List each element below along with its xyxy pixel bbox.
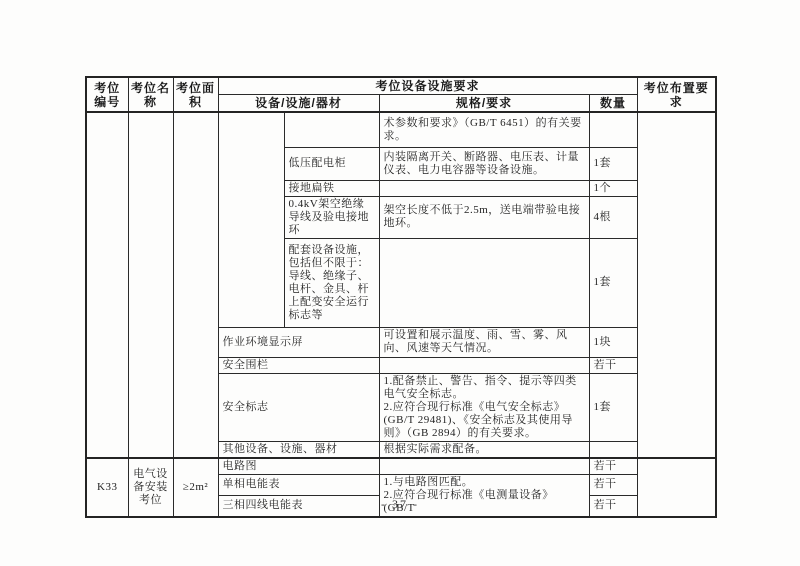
header-equipment-group: 考位设备设施要求 bbox=[218, 77, 637, 94]
cell-qty bbox=[589, 441, 637, 458]
header-col-layout: 考位布置要求 bbox=[637, 77, 716, 112]
document-page: 考位编号 考位名称 考位面积 考位设备设施要求 考位布置要求 设备/设施/器材 … bbox=[0, 0, 800, 566]
table-row: 术参数和要求》（GB/T 6451）的有关要求。 bbox=[86, 112, 716, 147]
cell-spec bbox=[379, 180, 589, 196]
cell-device bbox=[284, 112, 379, 147]
cell-device-category-empty bbox=[218, 112, 284, 327]
cell-device: 0.4kV架空绝缘导线及验电接地环 bbox=[284, 196, 379, 238]
cell-device: 接地扁铁 bbox=[284, 180, 379, 196]
page-number: - 37 - bbox=[0, 497, 800, 512]
cell-layout-empty bbox=[637, 112, 716, 458]
header-col-spec: 规格/要求 bbox=[379, 94, 589, 112]
header-row-group: 考位编号 考位名称 考位面积 考位设备设施要求 考位布置要求 bbox=[86, 77, 716, 94]
cell-qty: 1套 bbox=[589, 238, 637, 327]
header-col-number: 考位编号 bbox=[86, 77, 128, 112]
cell-spec bbox=[379, 458, 589, 475]
header-col-qty: 数量 bbox=[589, 94, 637, 112]
cell-spec: 术参数和要求》（GB/T 6451）的有关要求。 bbox=[379, 112, 589, 147]
cell-device: 电路图 bbox=[218, 458, 379, 475]
exam-station-table: 考位编号 考位名称 考位面积 考位设备设施要求 考位布置要求 设备/设施/器材 … bbox=[85, 76, 717, 518]
cell-qty: 1套 bbox=[589, 147, 637, 180]
cell-qty: 若干 bbox=[589, 458, 637, 475]
cell-device: 安全标志 bbox=[218, 373, 379, 441]
cell-spec: 内装隔离开关、断路器、电压表、计量仪表、电力电容器等设备设施。 bbox=[379, 147, 589, 180]
header-col-device: 设备/设施/器材 bbox=[218, 94, 379, 112]
cell-spec bbox=[379, 357, 589, 373]
cell-device: 配套设备设施，包括但不限于：导线、绝缘子、电杆、金具、杆上配变安全运行标志等 bbox=[284, 238, 379, 327]
cell-qty bbox=[589, 112, 637, 147]
cell-spec: 可设置和展示温度、雨、雪、雾、风向、风速等天气情况。 bbox=[379, 327, 589, 357]
header-col-name: 考位名称 bbox=[128, 77, 173, 112]
cell-qty: 1块 bbox=[589, 327, 637, 357]
cell-spec bbox=[379, 238, 589, 327]
cell-device: 作业环境显示屏 bbox=[218, 327, 379, 357]
cell-station-name-empty bbox=[128, 112, 173, 458]
header-col-area: 考位面积 bbox=[173, 77, 218, 112]
cell-device: 单相电能表 bbox=[218, 475, 379, 496]
cell-device: 低压配电柜 bbox=[284, 147, 379, 180]
cell-station-area-empty bbox=[173, 112, 218, 458]
cell-qty: 1套 bbox=[589, 373, 637, 441]
cell-qty: 若干 bbox=[589, 475, 637, 496]
cell-spec: 根据实际需求配备。 bbox=[379, 441, 589, 458]
cell-qty: 若干 bbox=[589, 357, 637, 373]
table-row: K33 电气设备安装考位 ≥2m² 电路图 若干 bbox=[86, 458, 716, 475]
cell-device: 安全围栏 bbox=[218, 357, 379, 373]
cell-station-number-empty bbox=[86, 112, 128, 458]
cell-qty: 4根 bbox=[589, 196, 637, 238]
cell-spec: 架空长度不低于2.5m，送电端带验电接地环。 bbox=[379, 196, 589, 238]
cell-qty: 1个 bbox=[589, 180, 637, 196]
cell-device: 其他设备、设施、器材 bbox=[218, 441, 379, 458]
cell-spec: 1.配备禁止、警告、指令、提示等四类电气安全标志。 2.应符合现行标准《电气安全… bbox=[379, 373, 589, 441]
